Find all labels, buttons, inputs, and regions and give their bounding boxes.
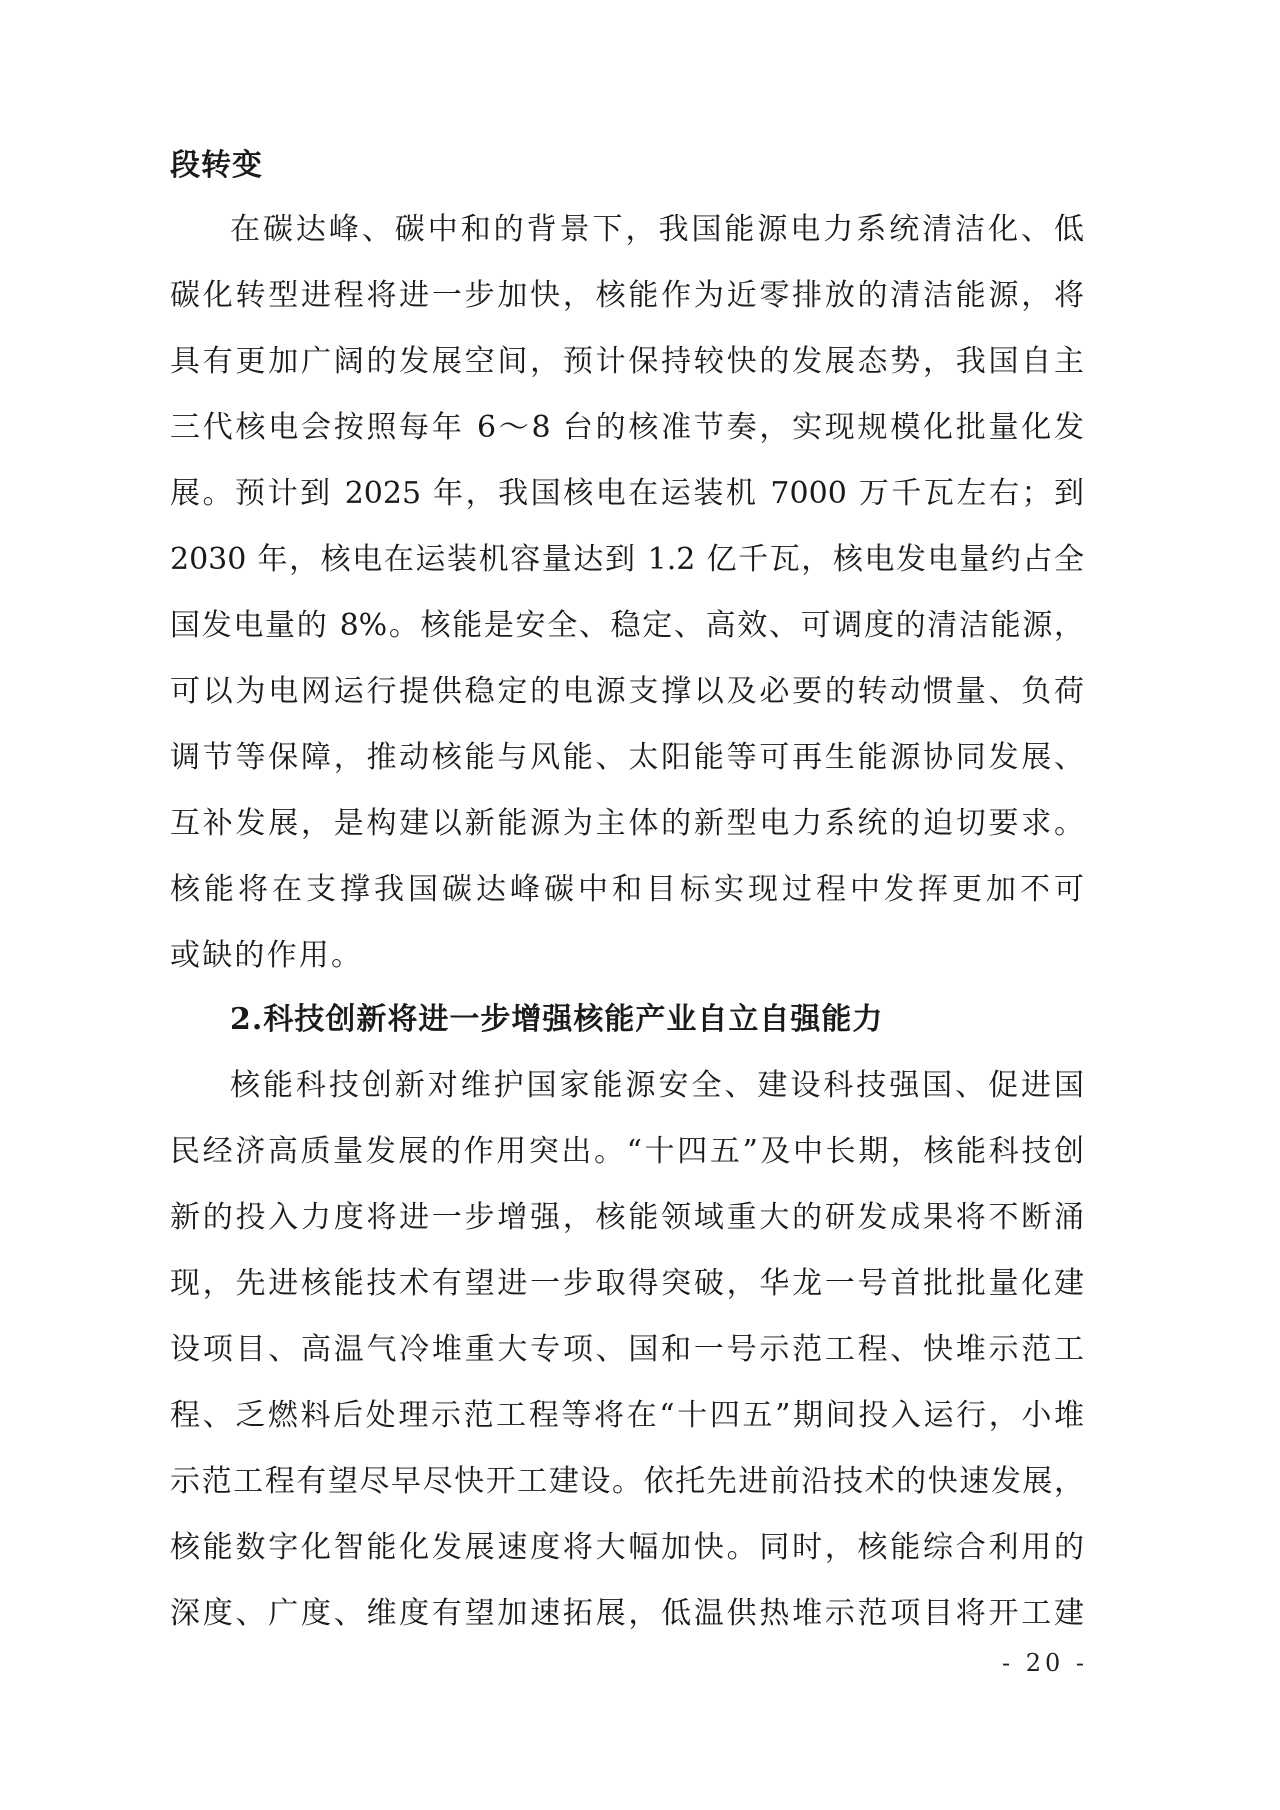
body-text-line: 示范工程有望尽早尽快开工建设。依托先进前沿技术的快速发展，: [170, 1462, 1084, 1502]
body-text-line: 程、乏燃料后处理示范工程等将在“十四五”期间投入运行，小堆: [170, 1396, 1084, 1436]
body-text-line: 新的投入力度将进一步增强，核能领域重大的研发成果将不断涌: [170, 1198, 1084, 1238]
body-text-line: 深度、广度、维度有望加速拓展，低温供热堆示范项目将开工建: [170, 1594, 1084, 1634]
body-text-line: 三代核电会按照每年 6～8 台的核准节奏，实现规模化批量化发: [170, 408, 1084, 448]
body-text-line: 在碳达峰、碳中和的背景下，我国能源电力系统清洁化、低: [230, 210, 1084, 250]
body-text-line: 碳化转型进程将进一步加快，核能作为近零排放的清洁能源，将: [170, 276, 1084, 316]
body-text-line: 设项目、高温气冷堆重大专项、国和一号示范工程、快堆示范工: [170, 1330, 1084, 1370]
body-text-line: 可以为电网运行提供稳定的电源支撑以及必要的转动惯量、负荷: [170, 672, 1084, 712]
section-heading: 2.科技创新将进一步增强核能产业自立自强能力: [230, 1000, 1084, 1040]
section-heading: 段转变: [170, 146, 1084, 186]
body-text-line: 互补发展，是构建以新能源为主体的新型电力系统的迫切要求。: [170, 804, 1084, 844]
body-text-line: 核能科技创新对维护国家能源安全、建设科技强国、促进国: [230, 1066, 1084, 1106]
document-page: 段转变在碳达峰、碳中和的背景下，我国能源电力系统清洁化、低碳化转型进程将进一步加…: [0, 0, 1280, 1810]
body-text-line: 现，先进核能技术有望进一步取得突破，华龙一号首批批量化建: [170, 1264, 1084, 1304]
body-text-line: 2030 年，核电在运装机容量达到 1.2 亿千瓦，核电发电量约占全: [170, 540, 1084, 580]
body-text-line: 具有更加广阔的发展空间，预计保持较快的发展态势，我国自主: [170, 342, 1084, 382]
body-text-line: 核能将在支撑我国碳达峰碳中和目标实现过程中发挥更加不可: [170, 870, 1084, 910]
body-text-line: 调节等保障，推动核能与风能、太阳能等可再生能源协同发展、: [170, 738, 1084, 778]
body-text-line: 或缺的作用。: [170, 936, 1084, 976]
body-text-line: 核能数字化智能化发展速度将大幅加快。同时，核能综合利用的: [170, 1528, 1084, 1568]
body-text-line: 民经济高质量发展的作用突出。“十四五”及中长期，核能科技创: [170, 1132, 1084, 1172]
body-text-line: 国发电量的 8%。核能是安全、稳定、高效、可调度的清洁能源，: [170, 606, 1084, 646]
page-number: - 20 -: [1000, 1648, 1090, 1678]
body-text-line: 展。预计到 2025 年，我国核电在运装机 7000 万千瓦左右；到: [170, 474, 1084, 514]
